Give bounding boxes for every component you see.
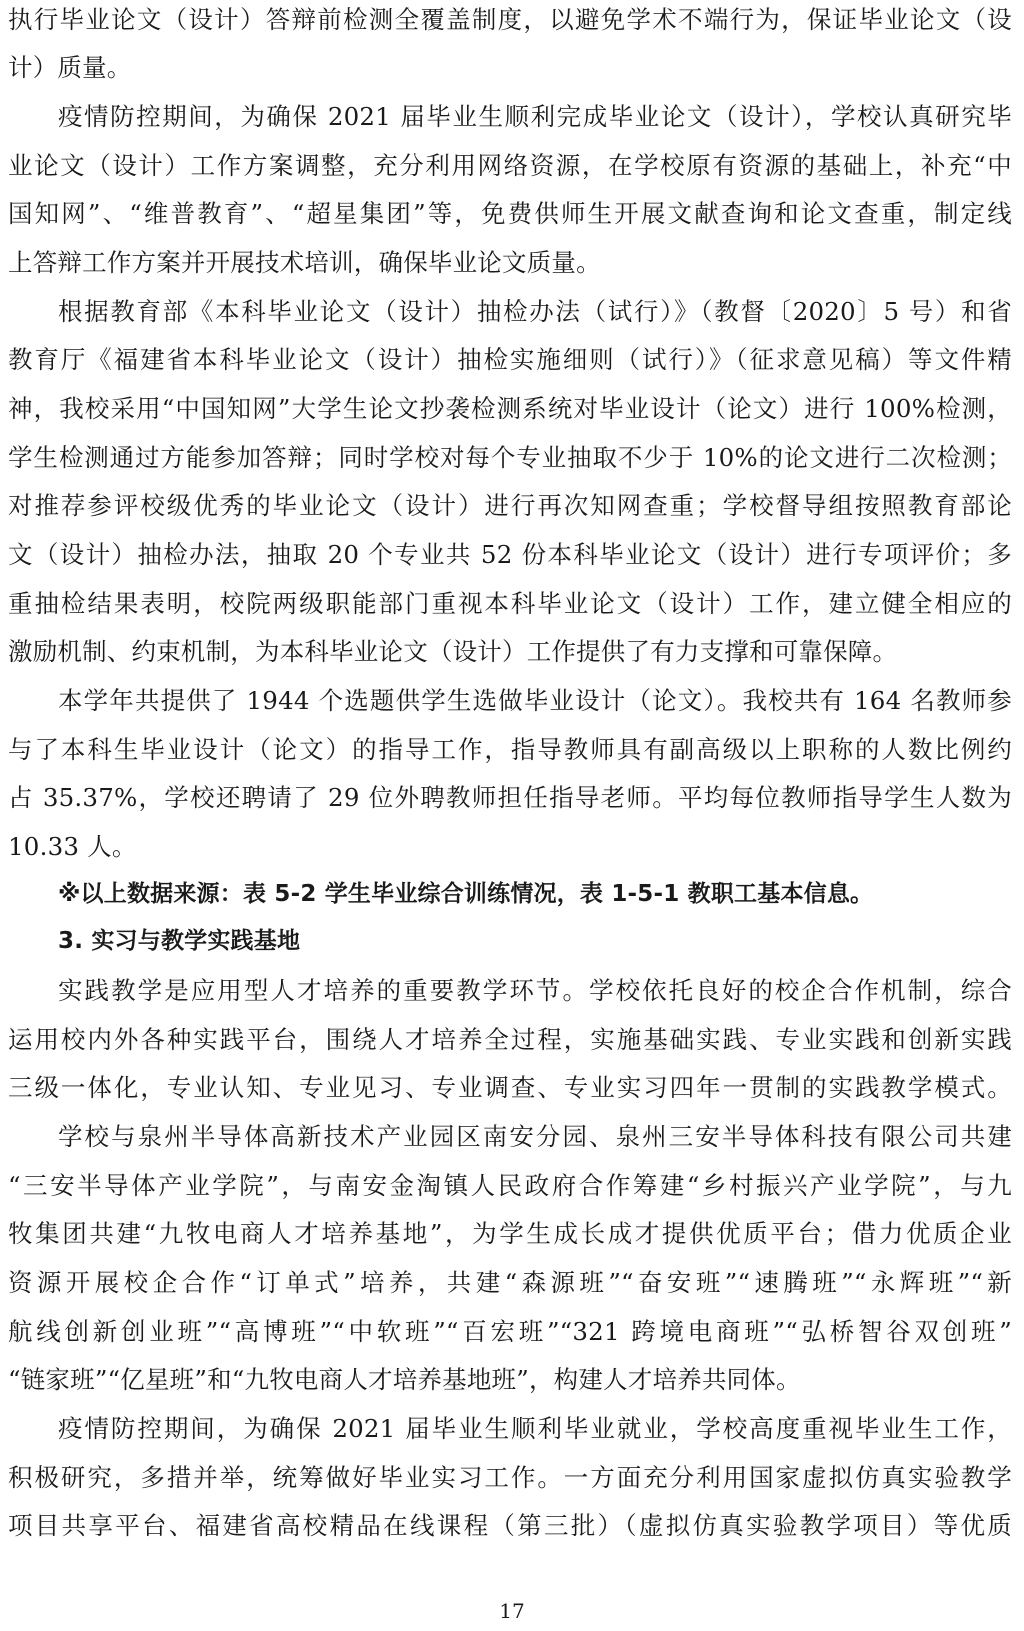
paragraph-line: 航线创新创业班”“高博班”“中软班”“百宏班”“321 跨境电商班”“弘桥智谷双… [8,1312,1012,1352]
paragraph-line: 占 35.37%，学校还聘请了 29 位外聘教师担任指导老师。平均每位教师指导学… [8,778,1012,818]
document-page: 执行毕业论文（设计）答辩前检测全覆盖制度，以避免学术不端行为，保证毕业论文（设计… [0,0,1024,1631]
paragraph-line: 项目共享平台、福建省高校精品在线课程（第三批）（虚拟仿真实验教学项目）等优质 [8,1506,1012,1546]
paragraph-line: 国知网”、“维普教育”、“超星集团”等，免费供师生开展文献查询和论文查重，制定线 [8,194,1012,234]
page-number: 17 [0,1596,1024,1626]
section-heading: 3. 实习与教学实践基地 [58,921,1012,961]
paragraph-line: 疫情防控期间，为确保 2021 届毕业生顺利毕业就业，学校高度重视毕业生工作， [58,1409,1012,1449]
paragraph-line: 学生检测通过方能参加答辩；同时学校对每个专业抽取不少于 10%的论文进行二次检测… [8,438,1012,478]
paragraph-line: 积极研究，多措并举，统筹做好毕业实习工作。一方面充分利用国家虚拟仿真实验教学 [8,1458,1012,1498]
paragraph-line: “三安半导体产业学院”，与南安金淘镇人民政府合作筹建“乡村振兴产业学院”，与九 [8,1166,1012,1206]
paragraph-line: 文（设计）抽检办法，抽取 20 个专业共 52 份本科毕业论文（设计）进行专项评… [8,535,1012,575]
paragraph-line: 与了本科生毕业设计（论文）的指导工作，指导教师具有副高级以上职称的人数比例约 [8,730,1012,770]
paragraph-line: 疫情防控期间，为确保 2021 届毕业生顺利完成毕业论文（设计），学校认真研究毕 [58,97,1012,137]
paragraph-line: 根据教育部《本科毕业论文（设计）抽检办法（试行）》（教督〔2020〕5 号）和省 [58,292,1012,332]
paragraph-line: 本学年共提供了 1944 个选题供学生选做毕业设计（论文）。我校共有 164 名… [58,681,1012,721]
paragraph-line: 神，我校采用“中国知网”大学生论文抄袭检测系统对毕业设计（论文）进行 100%检… [8,389,1012,429]
paragraph-line: 业论文（设计）工作方案调整，充分利用网络资源，在学校原有资源的基础上，补充“中 [8,146,1012,186]
paragraph-line: 对推荐参评校级优秀的毕业论文（设计）进行再次知网查重；学校督导组按照教育部论 [8,486,1012,526]
paragraph-line: 执行毕业论文（设计）答辩前检测全覆盖制度，以避免学术不端行为，保证毕业论文（设 [8,0,1012,40]
data-source-note: ※以上数据来源：表 5-2 学生毕业综合训练情况，表 1-5-1 教职工基本信息… [58,874,1012,914]
paragraph-line: 10.33 人。 [8,827,1012,867]
paragraph-line: 激励机制、约束机制，为本科毕业论文（设计）工作提供了有力支撑和可靠保障。 [8,632,1012,672]
paragraph-line: 实践教学是应用型人才培养的重要教学环节。学校依托良好的校企合作机制，综合 [58,971,1012,1011]
paragraph-line: 运用校内外各种实践平台，围绕人才培养全过程，实施基础实践、专业实践和创新实践 [8,1020,1012,1060]
paragraph-line: 教育厅《福建省本科毕业论文（设计）抽检实施细则（试行）》（征求意见稿）等文件精 [8,340,1012,380]
paragraph-line: 资源开展校企合作“订单式”培养，共建“森源班”“奋安班”“速腾班”“永辉班”“新 [8,1263,1012,1303]
paragraph-line: 上答辩工作方案并开展技术培训，确保毕业论文质量。 [8,243,1012,283]
paragraph-line: 学校与泉州半导体高新技术产业园区南安分园、泉州三安半导体科技有限公司共建 [58,1117,1012,1157]
paragraph-line: 牧集团共建“九牧电商人才培养基地”，为学生成长成才提供优质平台；借力优质企业 [8,1214,1012,1254]
paragraph-line: 三级一体化，专业认知、专业见习、专业调查、专业实习四年一贯制的实践教学模式。 [8,1068,1012,1108]
paragraph-line: 重抽检结果表明，校院两级职能部门重视本科毕业论文（设计）工作，建立健全相应的 [8,584,1012,624]
paragraph-line: 计）质量。 [8,48,1012,88]
paragraph-line: “链家班”“亿星班”和“九牧电商人才培养基地班”，构建人才培养共同体。 [8,1360,1012,1400]
